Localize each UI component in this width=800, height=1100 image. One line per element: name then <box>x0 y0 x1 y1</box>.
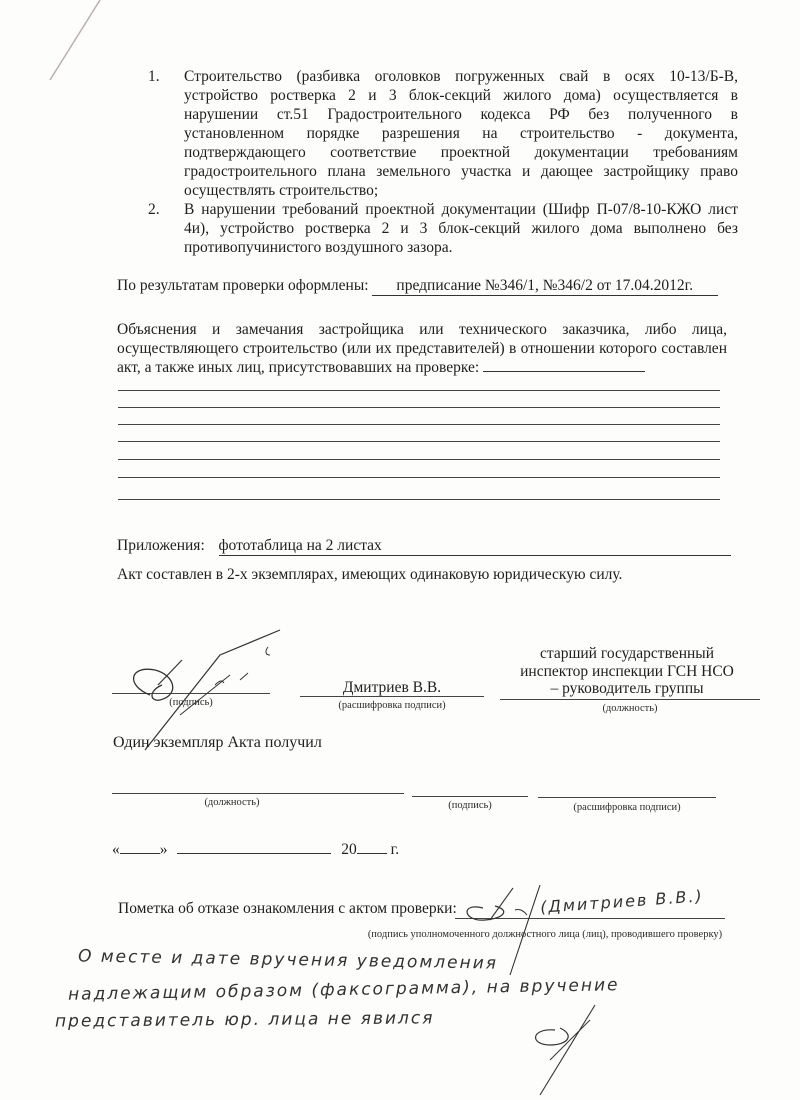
results-label: По результатам проверки оформлены: <box>117 277 369 294</box>
corner-pen-mark <box>0 0 110 90</box>
blank-line[interactable] <box>118 441 720 442</box>
results-row: По результатам проверки оформлены: предп… <box>117 276 727 296</box>
violation-number: 2. <box>148 200 160 219</box>
violation-number: 1. <box>148 67 160 86</box>
blank-line[interactable] <box>118 459 720 460</box>
inspector-name: Дмитриев В.В. <box>300 678 484 697</box>
receipt-position-line[interactable] <box>112 793 404 794</box>
results-value: предписание №346/1, №346/2 от 17.04.2012… <box>372 276 718 296</box>
handwritten-line: представитель юр. лица не явился <box>55 1008 435 1031</box>
refusal-caption: (подпись уполномоченного должностного ли… <box>360 929 730 941</box>
copies-statement: Акт составлен в 2-х экземплярах, имеющих… <box>117 565 622 584</box>
inspector-position-line[interactable] <box>500 699 760 700</box>
receipt-name-caption: (расшифровка подписи) <box>538 802 716 814</box>
handwritten-line: О месте и дате вручения уведомления <box>78 946 498 973</box>
attachments-row: Приложения: фототаблица на 2 листах <box>117 536 731 556</box>
violation-text: В нарушении требований проектной докумен… <box>184 201 738 256</box>
receipt-title: Один экземпляр Акта получил <box>113 733 322 752</box>
day-field[interactable] <box>120 841 160 854</box>
note-signature-scribble <box>520 1000 610 1100</box>
refusal-label: Пометка об отказе ознакомления с актом п… <box>118 899 457 918</box>
receipt-position-caption: (должность) <box>112 797 352 809</box>
violations-list: 1. Строительство (разбивка оголовков пог… <box>148 67 738 257</box>
receipt-signature-caption: (подпись) <box>412 800 528 812</box>
inspector-name-line[interactable] <box>300 696 484 697</box>
position-caption: (должность) <box>500 703 760 715</box>
receipt-signature-line[interactable] <box>412 796 528 797</box>
month-field[interactable] <box>177 841 331 854</box>
year-field[interactable] <box>357 841 387 854</box>
violation-item-2: 2. В нарушении требований проектной доку… <box>148 200 738 257</box>
explanations-text: Объяснения и замечания застройщика или т… <box>117 320 727 377</box>
receipt-date: «» 20 г. <box>112 840 399 859</box>
blank-line[interactable] <box>118 390 720 391</box>
receipt-name-line[interactable] <box>538 797 716 798</box>
blank-line[interactable] <box>118 477 720 478</box>
explanations-fill-line[interactable] <box>483 359 645 372</box>
attachments-value: фототаблица на 2 листах <box>219 536 731 556</box>
blank-line[interactable] <box>118 407 720 408</box>
violation-text: Строительство (разбивка оголовков погруж… <box>184 68 738 199</box>
violation-item-1: 1. Строительство (разбивка оголовков пог… <box>148 67 738 200</box>
name-caption: (расшифровка подписи) <box>300 700 484 712</box>
inspector-position: старший государственный инспектор инспек… <box>496 645 758 698</box>
attachments-label: Приложения: <box>117 537 205 554</box>
blank-line[interactable] <box>118 424 720 425</box>
blank-line[interactable] <box>118 499 720 500</box>
